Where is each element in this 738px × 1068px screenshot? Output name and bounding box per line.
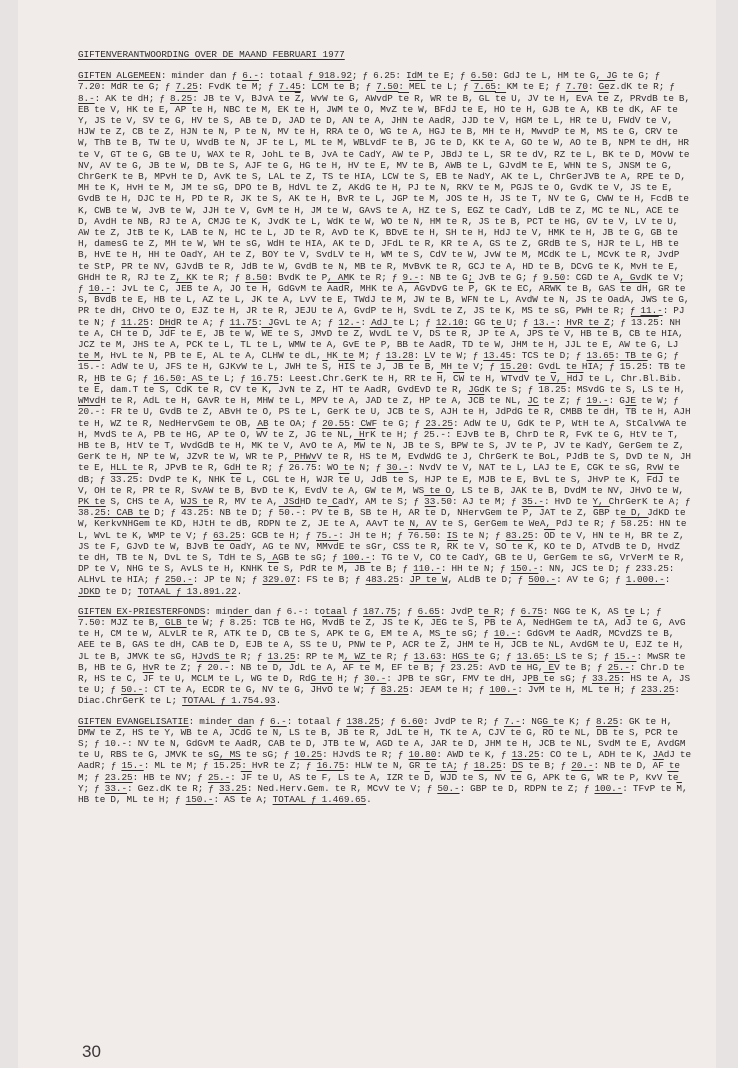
underlined-text: 13.28	[386, 350, 414, 361]
overlined-text: te	[495, 93, 506, 104]
overlined-text: EV	[549, 662, 560, 673]
underlined-text: 50.-	[121, 684, 143, 695]
overlined-text: te	[230, 474, 241, 485]
underlined-text: 13.63	[414, 651, 442, 662]
text-run: : Leest.Chr.GerK te H, RR te	[279, 373, 437, 384]
text-run: : JGvL te A; ƒ	[257, 317, 338, 328]
underlined-text: 483.25	[366, 574, 399, 585]
text-run: : Gez.dK te R; ƒ	[127, 783, 219, 794]
underlined-text: 83.25	[381, 684, 409, 695]
overlined-text: K te	[187, 384, 209, 395]
overlined-text: JEB	[176, 283, 193, 294]
underlined-text: TOTAAL ƒ 1.754.93	[182, 695, 275, 706]
underlined-text: JDKD	[78, 586, 100, 597]
text-run: : JvdP te R; ƒ	[440, 606, 521, 617]
text-run: te Z, JG te NL,	[268, 429, 359, 440]
overlined-text: 23.25	[450, 662, 478, 673]
overlined-text: te dH	[620, 283, 647, 294]
text-run: U, JdB te S, HJP te E, MJB te E, BvL te …	[349, 474, 646, 485]
text-run: te E, JB te	[176, 328, 246, 339]
underlined-text: 8.25	[170, 93, 192, 104]
overlined-text: JS	[382, 617, 393, 628]
text-run: , MHK te A, AGvDvG te	[349, 283, 468, 294]
text-run: G, APK te G, WR te P, KvV	[522, 772, 668, 783]
underlined-text: 6.-	[242, 70, 259, 81]
overlined-text: OD	[544, 530, 555, 541]
overlined-text: te	[425, 507, 436, 518]
text-run: :	[665, 574, 671, 585]
underlined-text: 7.65	[474, 81, 496, 92]
text-run: : GG te U; ƒ	[464, 317, 534, 328]
text-run: : JvL te C,	[111, 283, 176, 294]
text-run: : JvdP te R; ƒ	[423, 716, 504, 727]
text-run: ,	[474, 617, 485, 628]
text-run: : FvdK te M; ƒ	[198, 81, 279, 92]
overlined-text: 13.25	[631, 317, 659, 328]
underlined-text: 16.75	[317, 760, 345, 771]
underlined-text: 6.50	[471, 70, 493, 81]
underlined-text: 16.75	[251, 373, 279, 384]
text-run: .dK te R; ƒ	[615, 81, 675, 92]
document-page: GIFTENVERANTWOORDING OVER DE MAAND FEBRU…	[18, 0, 716, 1068]
underlined-text: HvR te Z	[566, 317, 609, 328]
text-run: : HLW te N, GR	[344, 760, 425, 771]
underlined-text: 150.-	[511, 563, 539, 574]
underlined-text: 18.25	[474, 760, 502, 771]
underlined-text: 13.45	[483, 350, 511, 361]
text-run: te U, AS te F, LS te A, IZR te	[252, 772, 424, 783]
overlined-text: WE	[261, 328, 272, 339]
underlined-text: 13.25	[268, 651, 296, 662]
overlined-text: 15.25	[213, 760, 241, 771]
underlined-text: 75.-	[316, 530, 338, 541]
underlined-text: 100.-	[595, 783, 623, 794]
text-run: ; ƒ	[610, 317, 631, 328]
text-run: : HJvdS te R; ƒ	[322, 749, 408, 760]
overlined-text: JCB	[468, 395, 485, 406]
text-run: te S, NV	[457, 772, 511, 783]
text-run: Z, PRvdB te B,	[609, 93, 690, 104]
text-run: te B; ƒ	[328, 81, 376, 92]
underlined-text: 6.65	[418, 606, 440, 617]
text-run: : JPB te sGr, FMV te dH, JPB	[386, 673, 543, 684]
overlined-text: HdJ	[567, 373, 584, 384]
text-run: : JB te V, BJvA te	[192, 93, 295, 104]
text-run: R, CV te K, JvN te Z, HT te AadR, GvdEvD…	[208, 384, 538, 395]
underlined-text: 11.-	[640, 305, 662, 316]
overlined-text: JvM	[528, 684, 545, 695]
text-run: .	[366, 794, 372, 805]
text-run: te H; ƒ	[376, 429, 424, 440]
text-run: :	[230, 772, 241, 783]
underlined-text: 13.25	[512, 749, 540, 760]
text-run: : HvD te Y, ChrGerK te A; ƒ	[544, 496, 691, 507]
underlined-text: 35.-	[522, 496, 544, 507]
text-run: te H, WTvdV te	[464, 373, 550, 384]
overlined-text: 76.50	[408, 530, 436, 541]
underlined-text: 7.45	[279, 81, 301, 92]
underlined-text: 11.75	[230, 317, 258, 328]
underlined-text: 16.50	[153, 373, 181, 384]
text-run: : CWF te G; ƒ	[350, 418, 425, 429]
underlined-text: 15.20	[500, 361, 528, 372]
text-run: : WO te N; ƒ	[317, 462, 387, 473]
text-run: : MdR te G; ƒ	[100, 81, 175, 92]
underlined-text: 63.25	[213, 530, 241, 541]
underlined-text: 7.25	[176, 81, 198, 92]
underlined-text: 250.-	[165, 574, 193, 585]
overlined-text: te	[528, 406, 539, 417]
underlined-text: 918.92	[319, 70, 352, 81]
text-run: : PV	[301, 507, 328, 518]
overlined-text: 58.25	[621, 518, 649, 529]
underlined-text: 15.-	[614, 651, 636, 662]
overlined-text: JHvO	[310, 684, 332, 695]
text-run: tA; ƒ	[436, 760, 473, 771]
text-run: : IS te N; ƒ	[436, 530, 506, 541]
text-run: te R, ATK te D, CB te S, APK te G, EM te…	[187, 628, 494, 639]
text-run: : minder dan ƒ	[189, 716, 270, 727]
text-run: ; ƒ	[380, 716, 401, 727]
overlined-text: te	[667, 772, 678, 783]
overlined-text: ALvLR	[159, 628, 187, 639]
underlined-text: GIFTEN EVANGELISATIE	[78, 716, 189, 727]
text-run: : AvD te HG,	[478, 662, 548, 673]
text-run: te NL, JC te Z; ƒ	[484, 395, 586, 406]
text-run: : minder dan ƒ	[161, 70, 242, 81]
text-run: : BvdK te P, AMK te R; ƒ	[268, 272, 403, 283]
text-run: : NB te D; ƒ	[209, 507, 279, 518]
overlined-text: Gez	[599, 81, 616, 92]
text-run: ; ƒ	[396, 606, 417, 617]
overlined-text: te	[425, 760, 436, 771]
overlined-text: MvdB	[322, 617, 344, 628]
underlined-text: TOTAAL ƒ 1.469.65	[273, 794, 366, 805]
overlined-text: RO	[542, 727, 553, 738]
text-run: : AK te dH; ƒ	[95, 93, 170, 104]
text-run: : HvR te Z; ƒ	[241, 760, 316, 771]
text-run: te L; ƒ	[426, 81, 474, 92]
text-run: , WvW te G, AWvdP	[300, 93, 398, 104]
overlined-text: WV	[256, 429, 267, 440]
section-giften-evangelisatie: GIFTEN EVANGELISATIE: minder dan ƒ 6.-: …	[78, 716, 692, 806]
underlined-text: 7.-	[504, 716, 521, 727]
overlined-text: HIS	[338, 361, 355, 372]
overlined-text: JdF	[159, 328, 176, 339]
overlined-text: 15.-	[78, 361, 100, 372]
page-number: 30	[82, 1042, 101, 1062]
overlined-text: JF	[241, 772, 252, 783]
text-run: , GK te EC, ARWK te B, GAS	[474, 283, 620, 294]
text-run: : LV te W; ƒ	[414, 350, 484, 361]
underlined-text: TOTAAL ƒ 13.891.22	[138, 586, 237, 597]
text-run: : TB te G; ƒ	[614, 350, 679, 361]
overlined-text: LCM	[312, 81, 329, 92]
text-run: te Z,	[344, 617, 381, 628]
text-run: te K, JEG te	[393, 617, 468, 628]
text-run: te W; ƒ	[333, 684, 381, 695]
overlined-text: 33.50	[424, 496, 452, 507]
overlined-text: te	[328, 507, 339, 518]
text-run: te H, ML te H; ƒ	[544, 684, 641, 695]
text-run: A, JPS te	[505, 328, 564, 339]
text-run: : HB te NV; ƒ	[133, 772, 208, 783]
overlined-text: 43.25	[181, 507, 209, 518]
text-run: : NGG te K; ƒ	[521, 716, 596, 727]
text-run: .	[237, 586, 243, 597]
overlined-text: 25.-	[424, 429, 446, 440]
text-run: S, PdR te M, JB te B; ƒ	[279, 563, 413, 574]
text-run: : ML te M; ƒ	[144, 760, 214, 771]
text-run: ,	[148, 328, 159, 339]
text-run: te B; ƒ	[560, 662, 608, 673]
text-run: sG; ƒ	[555, 673, 592, 684]
overlined-text: te	[338, 474, 349, 485]
underlined-text: 33.25	[592, 673, 620, 684]
text-run: : NB te G; JvB te G; ƒ	[419, 272, 543, 283]
underlined-text: 1.000.-	[626, 574, 665, 585]
underlined-text: GIFTEN EX-PRIESTERFONDS	[78, 606, 205, 617]
text-run: : totaal ƒ	[287, 716, 347, 727]
text-run: :	[301, 81, 312, 92]
text-run: : TFvP te	[622, 783, 676, 794]
overlined-text: te	[494, 328, 505, 339]
underlined-text: 110.-	[413, 563, 441, 574]
overlined-text: MW	[354, 440, 365, 451]
text-run: ,	[556, 373, 567, 384]
text-run: : JH te H; ƒ	[338, 530, 408, 541]
text-run: ,	[251, 328, 262, 339]
overlined-text: 8.25	[230, 617, 252, 628]
text-run: te D;	[100, 586, 137, 597]
text-run: te J, JB te	[355, 361, 425, 372]
underlined-text: 6.-	[270, 716, 287, 727]
underlined-text: 7.70	[566, 81, 588, 92]
underlined-text: 30.-	[364, 673, 386, 684]
underlined-text: 500.-	[528, 574, 556, 585]
overlined-text: AF te	[343, 662, 370, 673]
text-run: R, CMBB te dH,	[539, 406, 625, 417]
underlined-text: 329.07	[262, 574, 295, 585]
text-run: : FR te U, GvdB te Z, ABvH te O, PS te L…	[100, 406, 528, 417]
overlined-text: PB	[484, 617, 495, 628]
underlined-text: 33.25	[219, 783, 247, 794]
text-run: :	[517, 684, 528, 695]
text-run: te N, LS te B, JB	[251, 727, 353, 738]
text-run: : DvdP te K, NHK	[138, 474, 230, 485]
text-run: : HH te N; ƒ	[441, 563, 511, 574]
text-run: : AS te A;	[213, 794, 272, 805]
underlined-text: 100.-	[489, 684, 517, 695]
overlined-text: WvdL	[370, 328, 392, 339]
underlined-text: 12.-	[338, 317, 360, 328]
text-run: R, JdL te H, TK te A, CJV te G,	[365, 727, 543, 738]
underlined-text: 11.25	[121, 317, 149, 328]
text-run: : TCS te D; ƒ	[511, 350, 586, 361]
overlined-text: 15.25	[620, 361, 648, 372]
text-run: :	[398, 81, 409, 92]
overlined-text: RK	[447, 541, 458, 552]
text-run: : GdJ te L, HM te G, JG te G; ƒ	[493, 70, 660, 81]
underlined-text: 10.-	[89, 283, 111, 294]
underlined-text: 30.-	[386, 462, 408, 473]
document-title: GIFTENVERANTWOORDING OVER DE MAAND FEBRU…	[78, 49, 345, 60]
text-run: : DS te B; ƒ	[502, 760, 572, 771]
underlined-text: 25.-	[208, 772, 230, 783]
underlined-text: 15.-	[121, 760, 143, 771]
underlined-text: 8.25	[596, 716, 618, 727]
underlined-text: JP te W	[410, 574, 448, 585]
text-run: : totaal ƒ	[259, 70, 319, 81]
text-run: : GBP te D, RDPN te Z; ƒ	[460, 783, 595, 794]
text-run: : JP te N; ƒ	[193, 574, 263, 585]
overlined-text: GBP	[593, 507, 610, 518]
text-run: : Ned.Herv.Gem. te R, MCvV te V; ƒ	[247, 783, 438, 794]
text-run: te V, HK te E, AP te H, NBC te M, EK te …	[78, 104, 689, 283]
underlined-text: 100.-	[343, 552, 371, 563]
text-run: : JEAM te H; ƒ	[409, 684, 490, 695]
text-run: :	[399, 574, 410, 585]
text-run: te A, NedHGem te tA, Ad	[495, 617, 625, 628]
text-run: ,	[442, 373, 453, 384]
text-run: : NB te D, JdL te A,	[230, 662, 343, 673]
overlined-text: HrK	[359, 429, 376, 440]
text-run: Y; ƒ	[78, 783, 105, 794]
overlined-text: te	[398, 93, 409, 104]
underlined-text: 13.-	[533, 317, 555, 328]
underlined-text: 10.25	[294, 749, 322, 760]
text-run: , MH te V; ƒ	[430, 361, 500, 372]
text-run: , ALdB te D; ƒ	[447, 574, 528, 585]
text-run: :	[588, 81, 599, 92]
underlined-text: 23.25	[425, 418, 453, 429]
overlined-text: AF	[653, 760, 664, 771]
section-giften-algemeen: GIFTEN ALGEMEEN: minder dan ƒ 6.-: totaa…	[78, 70, 692, 597]
underlined-text: 138.25	[346, 716, 379, 727]
text-run: : CAB te D; ƒ	[106, 507, 181, 518]
overlined-text: ƒ 20.-	[197, 662, 230, 673]
text-run: , JP	[467, 328, 494, 339]
overlined-text: 7.20	[78, 81, 100, 92]
text-run: :	[533, 530, 544, 541]
underlined-text: GIFTEN ALGEMEEN	[78, 70, 161, 81]
underlined-text: 8.50	[245, 272, 267, 283]
text-run: : NB te D,	[594, 760, 653, 771]
text-run: : GCB te H; ƒ	[241, 530, 316, 541]
overlined-text: te	[598, 93, 609, 104]
text-run: , dam.T te S, Cd	[100, 384, 187, 395]
overlined-text: 26.75	[289, 462, 317, 473]
text-run: te S, JMvD te Z,	[273, 328, 370, 339]
text-run: : minder dan ƒ 6.-: totaal ƒ	[205, 606, 363, 617]
text-run: : AS te L; ƒ	[181, 373, 251, 384]
underlined-text: 25.-	[608, 662, 630, 673]
underlined-text: 19.-	[586, 395, 608, 406]
text-run: : AdJ te L; ƒ	[361, 317, 436, 328]
overlined-text: JF	[143, 673, 154, 684]
text-run: : CT te A, ECDR te G, NV te G,	[143, 684, 310, 695]
underlined-text: 9.-	[402, 272, 419, 283]
overlined-text: EB	[78, 104, 89, 115]
underlined-text: 12.10	[436, 317, 464, 328]
underlined-text: 10.-	[494, 628, 516, 639]
text-run: : KM te E; ƒ	[496, 81, 566, 92]
overlined-text: te	[268, 563, 279, 574]
text-run: te U, MCLM te L, WG te D, RdG te H; ƒ	[154, 673, 364, 684]
underlined-text: 33.-	[105, 783, 127, 794]
overlined-text: 33.25	[110, 474, 138, 485]
text-run: D, NHervGem te P, JAT te Z,	[436, 507, 593, 518]
underlined-text: 9.50	[543, 272, 565, 283]
underlined-text: 7.50	[376, 81, 398, 92]
overlined-text: WJD	[440, 772, 457, 783]
text-run: : AWD te K, ƒ	[436, 749, 511, 760]
text-run: ,	[430, 772, 441, 783]
text-run: .	[276, 695, 282, 706]
text-run: :	[556, 317, 567, 328]
text-run: : FS te B; ƒ	[296, 574, 366, 585]
overlined-text: te	[511, 772, 522, 783]
overlined-text: KerkvNHGem	[94, 518, 150, 529]
overlined-text: 20.-	[78, 406, 100, 417]
overlined-text: AadR	[327, 283, 349, 294]
underlined-text: 20.55	[322, 418, 350, 429]
text-run: : HGS te G; ƒ	[441, 651, 516, 662]
underlined-text: 233.25	[641, 684, 674, 695]
underlined-text: 187.75	[363, 606, 396, 617]
underlined-text: 8.-	[78, 93, 95, 104]
underlined-text: 13.65	[586, 350, 614, 361]
text-run: R, WR te B, GL	[409, 93, 495, 104]
document-body: GIFTENVERANTWOORDING OVER DE MAAND FEBRU…	[78, 49, 692, 814]
underlined-text: 20.-	[571, 760, 593, 771]
text-run: U, JV te H, EvA	[506, 93, 597, 104]
overlined-text: TB	[625, 406, 636, 417]
overlined-text: 50.-	[279, 507, 301, 518]
overlined-text: te	[353, 727, 364, 738]
text-run: te A, JO te H, GdGvM te	[192, 283, 327, 294]
underlined-text: 83.25	[506, 530, 534, 541]
text-run: : GvdL te HIA; ƒ	[528, 361, 620, 372]
text-run: : AdW te U, JFS te H, GJKvW te L, JWH te	[100, 361, 322, 372]
text-run: L, CGL te H, WJR	[241, 474, 338, 485]
underlined-text: 23.25	[105, 772, 133, 783]
text-run: : AV te G; ƒ	[556, 574, 626, 585]
overlined-text: CW	[453, 373, 464, 384]
text-run: ,	[328, 361, 339, 372]
section-giften-ex-priesterfonds: GIFTEN EX-PRIESTERFONDS: minder dan ƒ 6.…	[78, 606, 692, 707]
text-run: M, EF te B; ƒ	[370, 662, 450, 673]
overlined-text: FdJ	[647, 474, 664, 485]
text-run: : GJE te W; ƒ	[609, 395, 679, 406]
text-run: : RP te M, WZ te R; ƒ	[295, 651, 413, 662]
underlined-text: 10.80	[409, 749, 437, 760]
overlined-text: te	[543, 673, 554, 684]
underlined-text: 6.60	[401, 716, 423, 727]
underlined-text: 6.75	[521, 606, 543, 617]
text-run: : TCB te HG,	[252, 617, 322, 628]
underlined-text: 150.-	[186, 794, 214, 805]
text-run: B, SB te H, AR	[339, 507, 425, 518]
text-run: ; ƒ 6.25: IdM te E; ƒ	[352, 70, 471, 81]
text-run: te V, DS te	[392, 328, 462, 339]
text-run: te KD, HJtH te dB, RDPN te Z, JE te A, A…	[150, 518, 621, 529]
text-run: : AJ te M; ƒ	[452, 496, 522, 507]
text-run: : LS te S; ƒ	[544, 651, 614, 662]
overlined-text: 38.25	[78, 507, 106, 518]
underlined-text: 50.-	[437, 783, 459, 794]
overlined-text: JCdG	[229, 727, 251, 738]
